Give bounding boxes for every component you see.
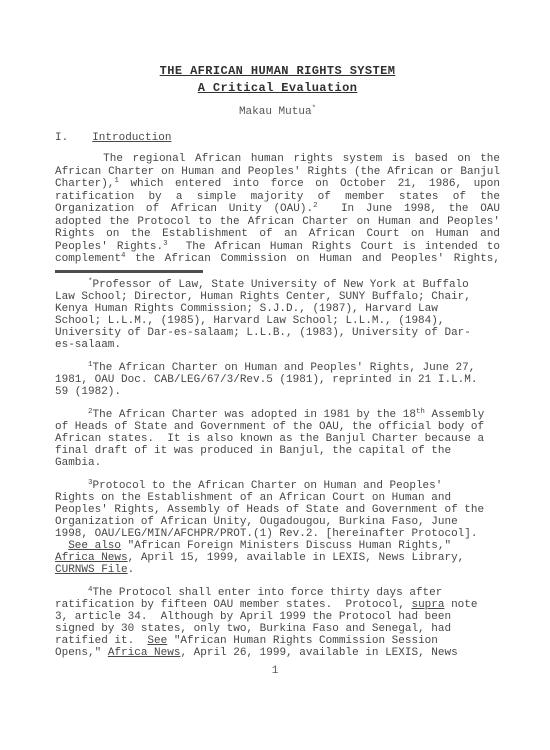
text-line: 1981, OAU Doc. CAB/LEG/67/3/Rev.5 (1981)… — [55, 374, 500, 386]
text-line: 3, article 34. Although by April 1999 th… — [55, 611, 500, 623]
text-line: Rights on the Establishment of an Africa… — [55, 492, 500, 504]
text-line: ratified it. See "African Human Rights C… — [55, 635, 500, 647]
text-line: *Professor of Law, State University of N… — [55, 279, 500, 291]
text-line: Peoples' Rights, Assembly of Heads of St… — [55, 504, 500, 516]
page-number: 1 — [0, 665, 550, 677]
footnote-separator — [55, 270, 203, 273]
text-line: complement4 the African Commission on Hu… — [55, 253, 500, 266]
text-line: ratification by fifteen OAU member state… — [55, 599, 500, 611]
footnote-2: 2The African Charter was adopted in 1981… — [55, 409, 500, 469]
body-paragraph: The regional African human rights system… — [55, 153, 500, 266]
text-line: of Heads of State and Government of the … — [55, 421, 500, 433]
text-line: African states. It is also known as the … — [55, 433, 500, 445]
text-line: Rights on the Establishment of an Africa… — [55, 228, 500, 241]
title-line-2: A Critical Evaluation — [55, 80, 500, 97]
text-line: Kenya Human Rights Commission; S.J.D., (… — [55, 303, 500, 315]
text-line: University of Dar-es-salaam; L.L.B., (19… — [55, 327, 500, 339]
text-line: CURNWS File. — [55, 564, 500, 576]
text-line: The regional African human rights system… — [55, 153, 500, 166]
section-title: Introduction — [92, 132, 171, 144]
text-line: final draft of it was produced in Banjul… — [55, 445, 500, 457]
footnote-1: 1The African Charter on Human and People… — [55, 362, 500, 398]
text-line: 2The African Charter was adopted in 1981… — [55, 409, 500, 421]
text-line: Charter),1 which entered into force on O… — [55, 178, 500, 191]
title-line-1: THE AFRICAN HUMAN RIGHTS SYSTEM — [55, 63, 500, 80]
text-line: adopted the Protocol to the African Char… — [55, 216, 500, 229]
document-page: THE AFRICAN HUMAN RIGHTS SYSTEM A Critic… — [0, 0, 550, 750]
text-line: 3Protocol to the African Charter on Huma… — [55, 480, 500, 492]
text-line: 4The Protocol shall enter into force thi… — [55, 587, 500, 599]
text-line: 1998, OAU/LEG/MIN/AFCHPR/PROT.(1) Rev.2.… — [55, 528, 500, 540]
text-line: See also "African Foreign Ministers Disc… — [55, 540, 500, 552]
text-line: ratification by a simple majority of mem… — [55, 191, 500, 204]
footnotes-block: *Professor of Law, State University of N… — [55, 279, 500, 659]
footnote-4: 4The Protocol shall enter into force thi… — [55, 587, 500, 659]
text-line: Africa News, April 15, 1999, available i… — [55, 552, 500, 564]
section-heading: I.Introduction — [55, 132, 500, 145]
page-content: THE AFRICAN HUMAN RIGHTS SYSTEM A Critic… — [55, 63, 500, 659]
text-line: 59 (1982). — [55, 386, 500, 398]
text-line: School; L.L.M., (1985), Harvard Law Scho… — [55, 315, 500, 327]
document-title: THE AFRICAN HUMAN RIGHTS SYSTEM A Critic… — [55, 63, 500, 97]
author-line: Makau Mutua* — [55, 106, 500, 119]
text-line: Law School; Director, Human Rights Cente… — [55, 291, 500, 303]
text-line: Organization of African Unity (OAU).2 In… — [55, 203, 500, 216]
text-line: 1The African Charter on Human and People… — [55, 362, 500, 374]
text-line: es-salaam. — [55, 339, 500, 351]
text-line: African Charter on Human and Peoples' Ri… — [55, 166, 500, 179]
footnote-star: *Professor of Law, State University of N… — [55, 279, 500, 351]
text-line: Gambia. — [55, 457, 500, 469]
text-line: signed by 30 states, only two, Burkina F… — [55, 623, 500, 635]
footnote-3: 3Protocol to the African Charter on Huma… — [55, 480, 500, 576]
section-numeral: I. — [55, 132, 68, 144]
text-line: Opens," Africa News, April 26, 1999, ava… — [55, 647, 500, 659]
text-line: Organization of African Unity, Ougadougo… — [55, 516, 500, 528]
